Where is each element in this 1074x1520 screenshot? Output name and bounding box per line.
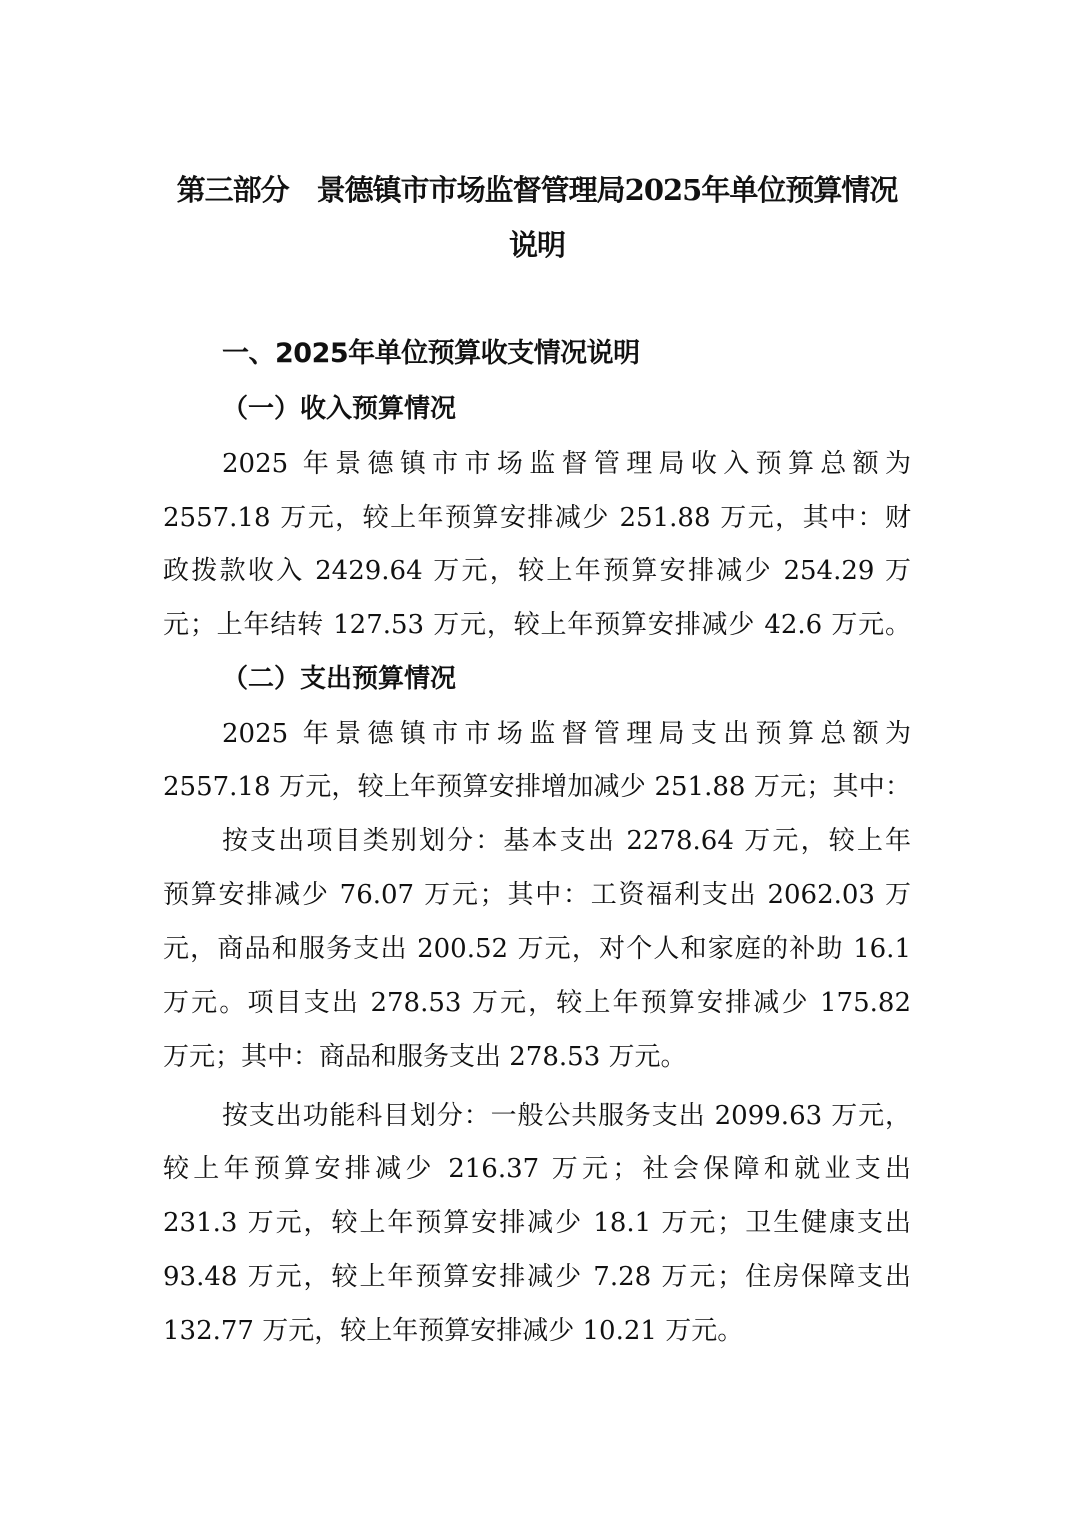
document-page: 第三部分 景德镇市市场监督管理局2025年单位预算情况 说明 一、2025年单位… [0, 0, 1074, 1520]
income-paragraph-line: 政拨款收入 2429.64 万元，较上年预算安排减少 254.29 万 [163, 553, 911, 589]
expenditure-by-function-line: 93.48 万元，较上年预算安排减少 7.28 万元；住房保障支出 [163, 1259, 911, 1295]
subsection-heading-expenditure: （二）支出预算情况 [222, 661, 456, 697]
expenditure-by-function-line: 较上年预算安排减少 216.37 万元；社会保障和就业支出 [163, 1151, 911, 1187]
income-paragraph-line: 元；上年结转 127.53 万元，较上年预算安排减少 42.6 万元。 [163, 607, 911, 643]
subsection-heading-income: （一）收入预算情况 [222, 391, 456, 427]
income-paragraph-line: 2557.18 万元，较上年预算安排减少 251.88 万元，其中：财 [163, 500, 911, 536]
expenditure-by-category-line: 元，商品和服务支出 200.52 万元，对个人和家庭的补助 16.1 [163, 931, 911, 967]
income-paragraph-line: 2025 年景德镇市市场监督管理局收入预算总额为 [222, 446, 911, 482]
expenditure-by-function-line: 132.77 万元，较上年预算安排减少 10.21 万元。 [163, 1313, 911, 1349]
expenditure-total-line: 2025 年景德镇市市场监督管理局支出预算总额为 [222, 716, 911, 752]
expenditure-by-function-line: 231.3 万元，较上年预算安排减少 18.1 万元；卫生健康支出 [163, 1205, 911, 1241]
expenditure-by-category-line: 万元；其中：商品和服务支出 278.53 万元。 [163, 1039, 911, 1075]
expenditure-by-category-line: 万元。项目支出 278.53 万元，较上年预算安排减少 175.82 [163, 985, 911, 1021]
document-title-line-2: 说明 [0, 225, 1074, 265]
expenditure-by-category-line: 按支出项目类别划分：基本支出 2278.64 万元，较上年 [222, 823, 911, 859]
section-heading-budget-overview: 一、2025年单位预算收支情况说明 [222, 336, 640, 372]
expenditure-by-category-line: 预算安排减少 76.07 万元；其中：工资福利支出 2062.03 万 [163, 877, 911, 913]
expenditure-by-function-line: 按支出功能科目划分：一般公共服务支出 2099.63 万元， [222, 1098, 911, 1134]
expenditure-total-line: 2557.18 万元，较上年预算安排增加减少 251.88 万元；其中： [163, 769, 911, 805]
document-title-line-1: 第三部分 景德镇市市场监督管理局2025年单位预算情况 [0, 170, 1074, 210]
